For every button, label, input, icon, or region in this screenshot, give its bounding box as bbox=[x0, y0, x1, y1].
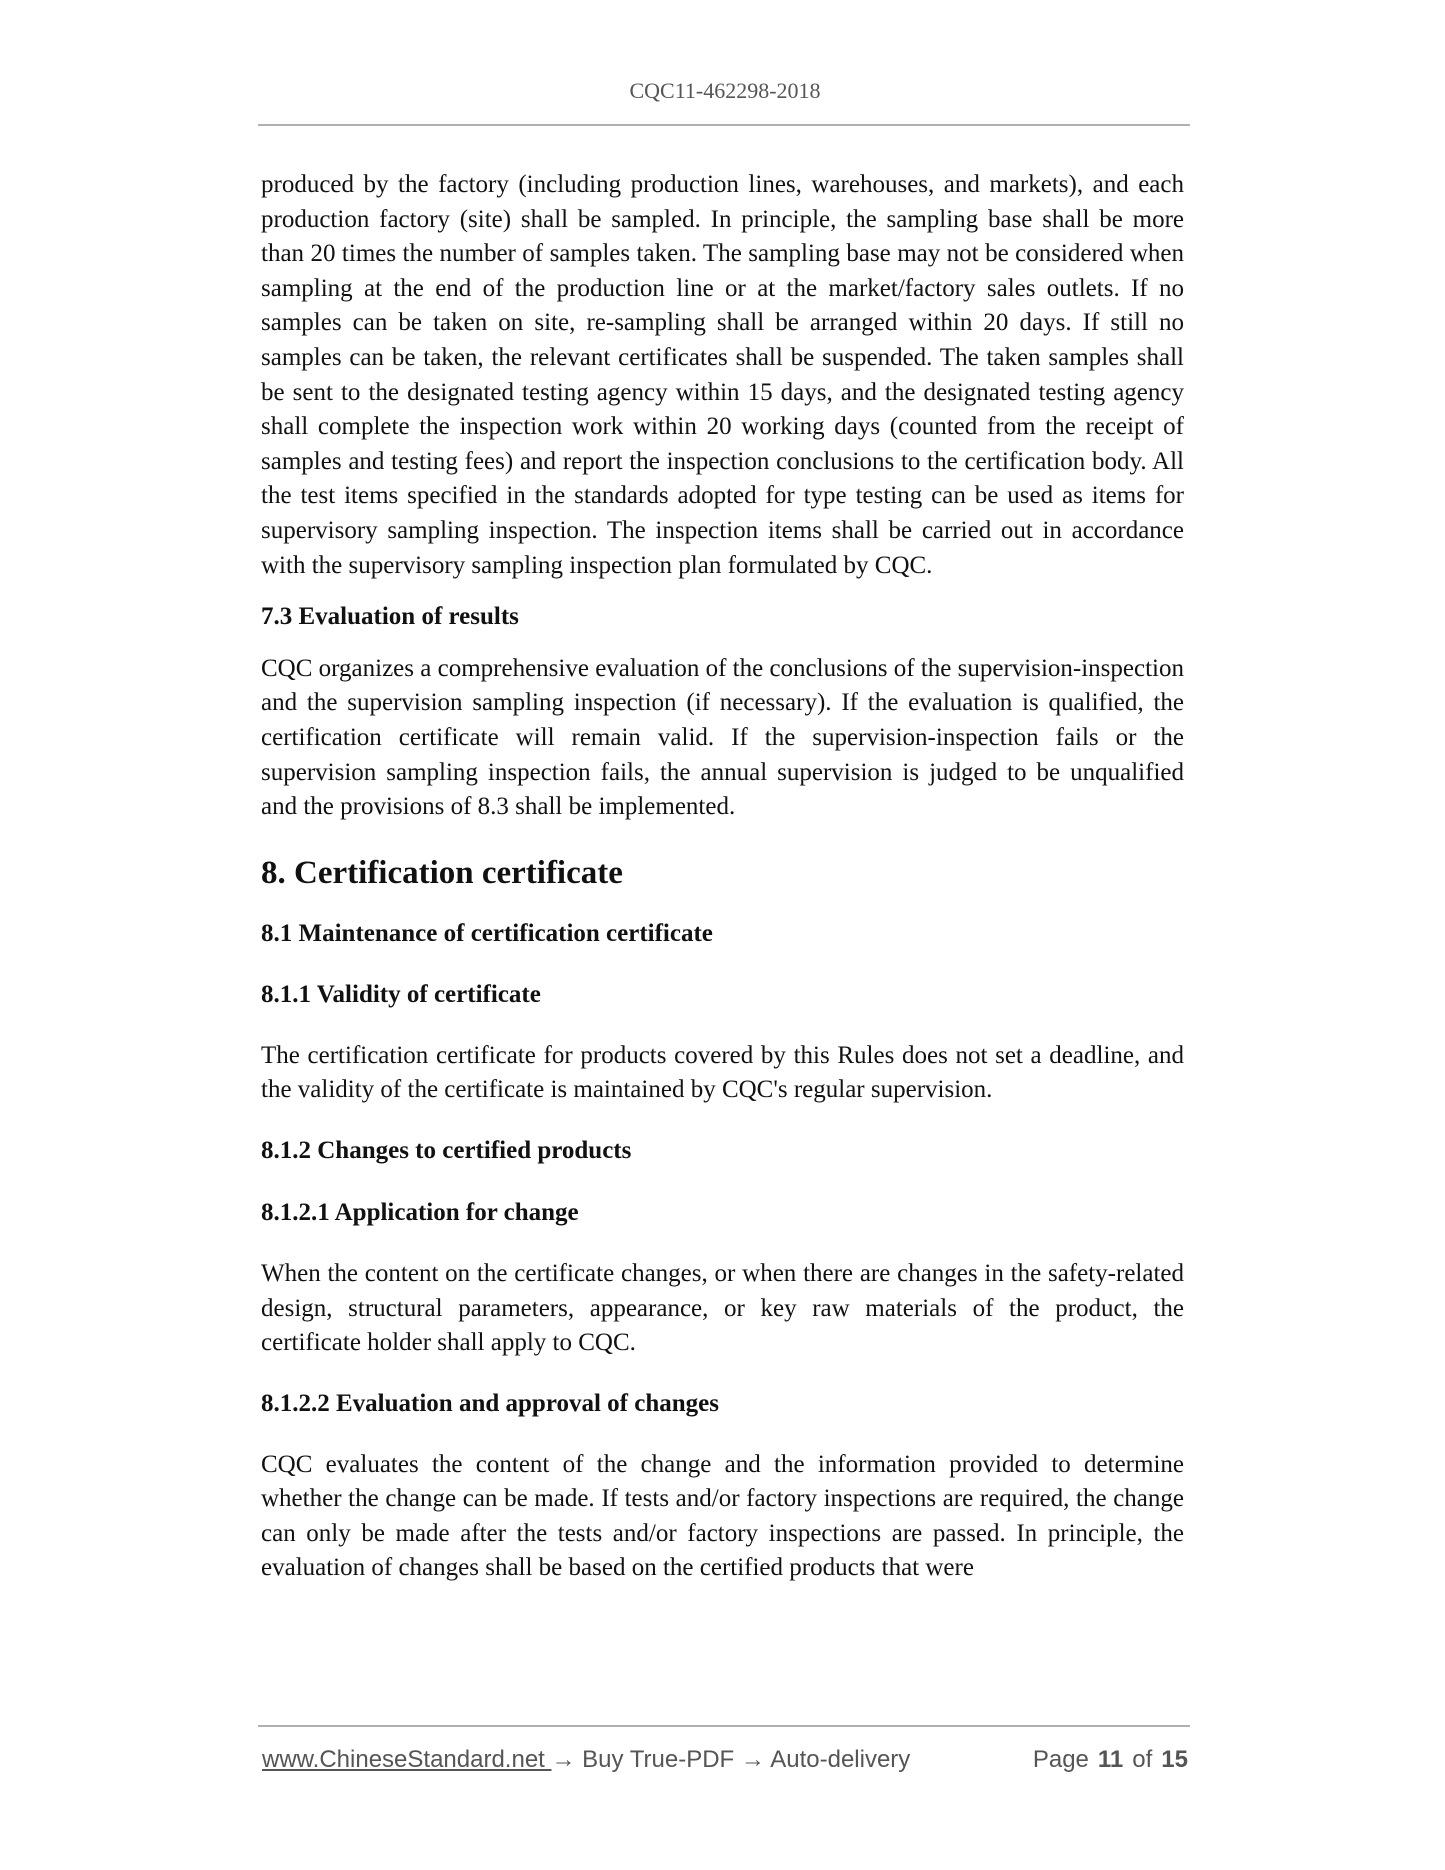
document-page: CQC11-462298-2018 produced by the factor… bbox=[0, 0, 1445, 1870]
paragraph-8-1-2-1: When the content on the certificate chan… bbox=[261, 1257, 1184, 1361]
document-id-header: CQC11-462298-2018 bbox=[260, 76, 1190, 106]
page-label: Page bbox=[1033, 1746, 1089, 1773]
of-label: of bbox=[1132, 1746, 1152, 1773]
current-page-number: 11 bbox=[1098, 1746, 1123, 1773]
page-content: produced by the factory (including produ… bbox=[261, 168, 1184, 1586]
paragraph-7-3: CQC organizes a comprehensive evaluation… bbox=[261, 652, 1184, 825]
paragraph-8-1-1: The certification certificate for produc… bbox=[261, 1039, 1184, 1108]
buy-true-pdf-label: Buy True-PDF bbox=[582, 1746, 734, 1773]
heading-8-1-1: 8.1.1 Validity of certificate bbox=[261, 978, 1184, 1013]
arrow-right-icon: → bbox=[741, 1746, 765, 1773]
header-divider bbox=[258, 124, 1190, 126]
paragraph-sampling-continuation: produced by the factory (including produ… bbox=[261, 168, 1184, 583]
heading-8-1: 8.1 Maintenance of certification certifi… bbox=[261, 917, 1184, 952]
arrow-right-icon: → bbox=[552, 1746, 576, 1773]
heading-8-1-2: 8.1.2 Changes to certified products bbox=[261, 1134, 1184, 1169]
total-pages-number: 15 bbox=[1161, 1746, 1188, 1773]
chinesestandard-link[interactable]: www.ChineseStandard.net bbox=[262, 1746, 552, 1773]
heading-8-1-2-2: 8.1.2.2 Evaluation and approval of chang… bbox=[261, 1387, 1184, 1422]
heading-7-3: 7.3 Evaluation of results bbox=[261, 600, 1184, 635]
auto-delivery-label: Auto-delivery bbox=[770, 1746, 910, 1773]
footer-divider bbox=[258, 1725, 1190, 1727]
heading-8: 8. Certification certificate bbox=[261, 853, 1184, 893]
page-number: Page11of15 bbox=[1033, 1744, 1188, 1776]
heading-8-1-2-1: 8.1.2.1 Application for change bbox=[261, 1196, 1184, 1231]
footer-promo: www.ChineseStandard.net → Buy True-PDF →… bbox=[262, 1744, 910, 1776]
paragraph-8-1-2-2: CQC evaluates the content of the change … bbox=[261, 1448, 1184, 1586]
page-footer: www.ChineseStandard.net → Buy True-PDF →… bbox=[262, 1744, 1188, 1776]
